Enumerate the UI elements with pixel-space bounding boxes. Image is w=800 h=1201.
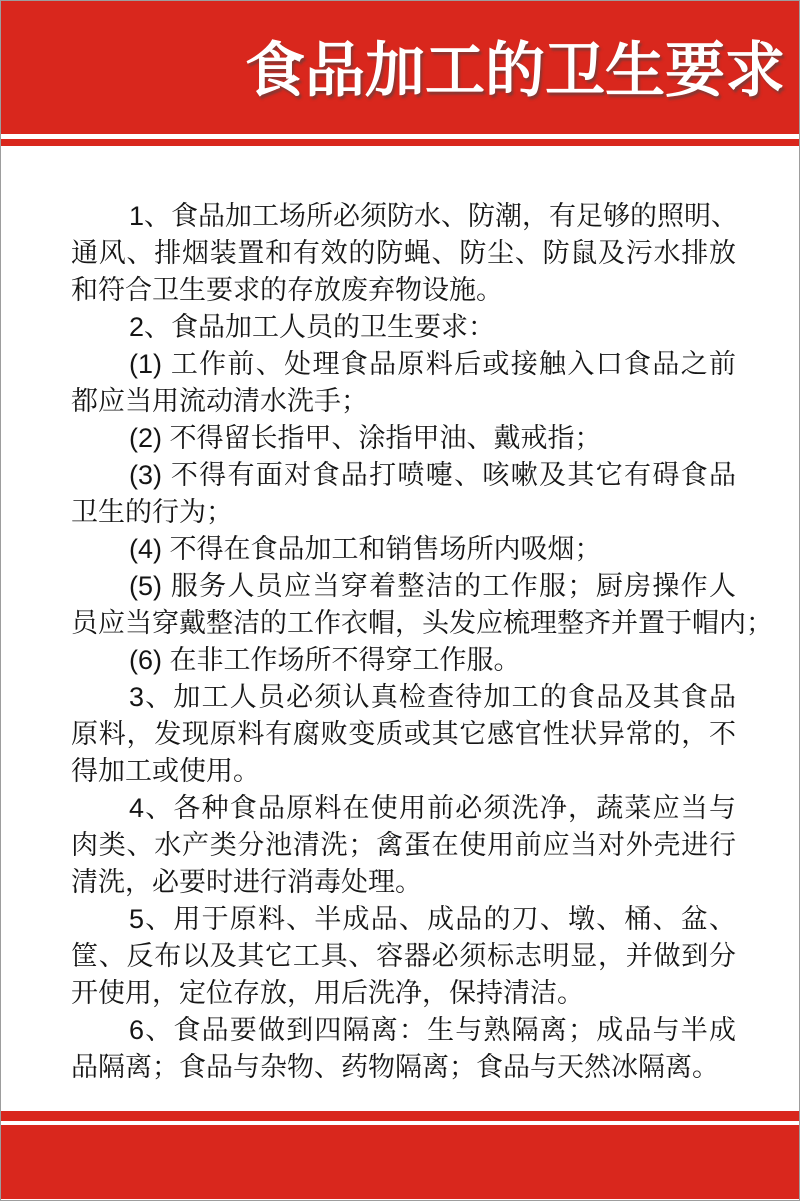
- text-line: 3、加工人员必须认真检查待加工的食品及其食品: [71, 679, 736, 716]
- text-line: 肉类、水产类分池清洗；禽蛋在使用前应当对外壳进行: [71, 827, 736, 864]
- text-line: 5、用于原料、半成品、成品的刀、墩、桶、盆、: [71, 901, 736, 938]
- text-line: 品隔离；食品与杂物、药物隔离；食品与天然冰隔离。: [71, 1049, 736, 1086]
- paragraph-5: 5、用于原料、半成品、成品的刀、墩、桶、盆、 筐、反布以及其它工具、容器必须标志…: [71, 901, 736, 1012]
- text-line: (5) 服务人员应当穿着整洁的工作服；厨房操作人: [71, 568, 736, 605]
- text-line: (6) 在非工作场所不得穿工作服。: [71, 642, 736, 679]
- paragraph-2-item-4: (4) 不得在食品加工和销售场所内吸烟；: [71, 531, 736, 568]
- text-line: 都应当用流动清水洗手；: [71, 383, 736, 420]
- paragraph-4: 4、各种食品原料在使用前必须洗净，蔬菜应当与 肉类、水产类分池清洗；禽蛋在使用前…: [71, 790, 736, 901]
- text-line: 通风、排烟装置和有效的防蝇、防尘、防鼠及污水排放: [71, 235, 736, 272]
- footer-banner: [1, 1125, 799, 1199]
- paragraph-1: 1、食品加工场所必须防水、防潮，有足够的照明、 通风、排烟装置和有效的防蝇、防尘…: [71, 198, 736, 309]
- divider-red-stripe-top: [1, 139, 799, 146]
- paragraph-2-item-6: (6) 在非工作场所不得穿工作服。: [71, 642, 736, 679]
- poster-title: 食品加工的卫生要求: [1, 1, 799, 101]
- text-line: (3) 不得有面对食品打喷嚏、咳嗽及其它有碍食品: [71, 457, 736, 494]
- paragraph-2: 2、食品加工人员的卫生要求：: [71, 309, 736, 346]
- text-line: 原料，发现原料有腐败变质或其它感官性状异常的，不: [71, 716, 736, 753]
- paragraph-2-item-1: (1) 工作前、处理食品原料后或接触入口食品之前 都应当用流动清水洗手；: [71, 346, 736, 420]
- text-line: 6、食品要做到四隔离：生与熟隔离；成品与半成: [71, 1012, 736, 1049]
- text-line: (4) 不得在食品加工和销售场所内吸烟；: [71, 531, 736, 568]
- text-line: 2、食品加工人员的卫生要求：: [71, 309, 736, 346]
- paragraph-2-item-3: (3) 不得有面对食品打喷嚏、咳嗽及其它有碍食品 卫生的行为；: [71, 457, 736, 531]
- text-line: 卫生的行为；: [71, 494, 736, 531]
- text-line: 清洗，必要时进行消毒处理。: [71, 864, 736, 901]
- text-line: 4、各种食品原料在使用前必须洗净，蔬菜应当与: [71, 790, 736, 827]
- text-line: 筐、反布以及其它工具、容器必须标志明显，并做到分: [71, 938, 736, 975]
- divider-red-stripe-bottom: [1, 1111, 799, 1121]
- content-area: 1、食品加工场所必须防水、防潮，有足够的照明、 通风、排烟装置和有效的防蝇、防尘…: [1, 146, 799, 1111]
- poster: 食品加工的卫生要求 1、食品加工场所必须防水、防潮，有足够的照明、 通风、排烟装…: [0, 0, 800, 1201]
- header-banner: 食品加工的卫生要求: [1, 1, 799, 134]
- text-line: 和符合卫生要求的存放废弃物设施。: [71, 272, 736, 309]
- text-line: 得加工或使用。: [71, 753, 736, 790]
- paragraph-6: 6、食品要做到四隔离：生与熟隔离；成品与半成 品隔离；食品与杂物、药物隔离；食品…: [71, 1012, 736, 1086]
- text-line: (1) 工作前、处理食品原料后或接触入口食品之前: [71, 346, 736, 383]
- text-line: 开使用，定位存放，用后洗净，保持清洁。: [71, 975, 736, 1012]
- paragraph-2-item-5: (5) 服务人员应当穿着整洁的工作服；厨房操作人 员应当穿戴整洁的工作衣帽，头发…: [71, 568, 736, 642]
- text-line: (2) 不得留长指甲、涂指甲油、戴戒指；: [71, 420, 736, 457]
- paragraph-3: 3、加工人员必须认真检查待加工的食品及其食品 原料，发现原料有腐败变质或其它感官…: [71, 679, 736, 790]
- text-line: 1、食品加工场所必须防水、防潮，有足够的照明、: [71, 198, 736, 235]
- text-line: 员应当穿戴整洁的工作衣帽，头发应梳理整齐并置于帽内；: [71, 605, 736, 642]
- paragraph-2-item-2: (2) 不得留长指甲、涂指甲油、戴戒指；: [71, 420, 736, 457]
